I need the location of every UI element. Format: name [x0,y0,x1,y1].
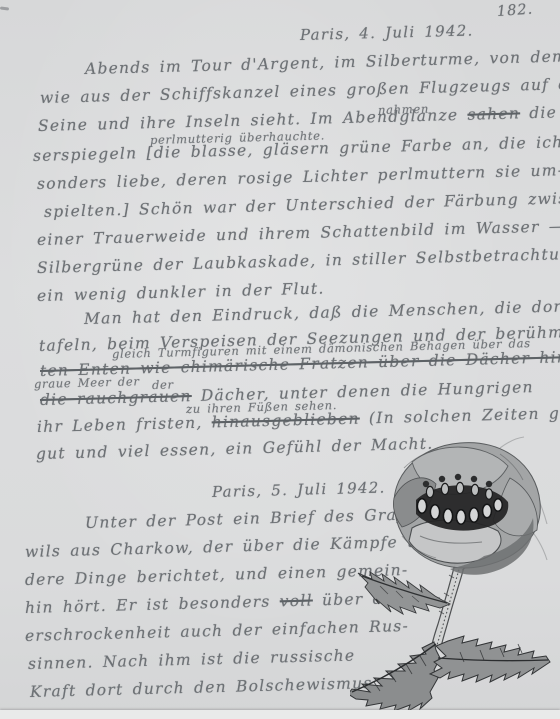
interlinear-insert: nahmen [378,102,429,117]
manuscript-line: Silbergrüne der Laubkaskade, in stiller … [37,245,560,277]
manuscript-line: wie aus der Schiffskanzel eines großen F… [40,75,560,107]
poppy-blossom [393,443,540,575]
line-text: ihr Leben fristen, [37,413,212,436]
line-text: einer Trauerweide und ihrem Schattenbild… [37,216,560,249]
poppy-leaf-upper-left [358,572,450,614]
manuscript-line: spielten.] Schön war der Unterschied der… [44,188,560,221]
struck-text: voll [280,591,313,610]
line-text: die Was- [520,102,560,122]
line-text: sonders liebe, deren rosige Lichter perl… [37,161,560,193]
scan-artifact-mark [0,6,9,10]
page-number: 182. [496,1,533,19]
line-text: ein wenig dunkler in der Flut. [37,279,325,305]
struck-text: die rauchgrauen [40,387,192,409]
line-text: hin hört. Er ist besonders [25,592,280,617]
line-text: Silbergrüne der Laubkaskade, in stiller … [37,245,560,277]
line-text: Abends im Tour d'Argent, im Silberturme,… [85,46,560,78]
line-text: spielten.] Schön war der Unterschied der… [44,188,560,221]
entry-date-1: Paris, 4. Juli 1942. [300,21,474,44]
manuscript-line: sonders liebe, deren rosige Lichter perl… [37,161,560,193]
manuscript-line: ein wenig dunkler in der Flut. [37,279,325,305]
manuscript-line: sinnen. Nach ihm ist die russische [28,646,356,673]
line-text: wie aus der Schiffskanzel eines großen F… [40,75,560,107]
line-text: sinnen. Nach ihm ist die russische [28,646,356,673]
poppy-leaf-right [430,636,550,682]
struck-text: hinausgeblieben [212,410,360,432]
manuscript-line: Abends im Tour d'Argent, im Silberturme,… [85,46,560,78]
manuscript-page: 182. Paris, 4. Juli 1942. Abends im Tour… [0,0,560,719]
scan-edge [0,710,560,719]
poppy-leaf-lower-left [350,642,440,711]
struck-text: sahen [467,104,520,123]
manuscript-line: einer Trauerweide und ihrem Schattenbild… [37,216,560,249]
line-text: (In solchen Zeiten gibt essen, [359,402,560,428]
poppy-flower-drawing [350,428,560,719]
